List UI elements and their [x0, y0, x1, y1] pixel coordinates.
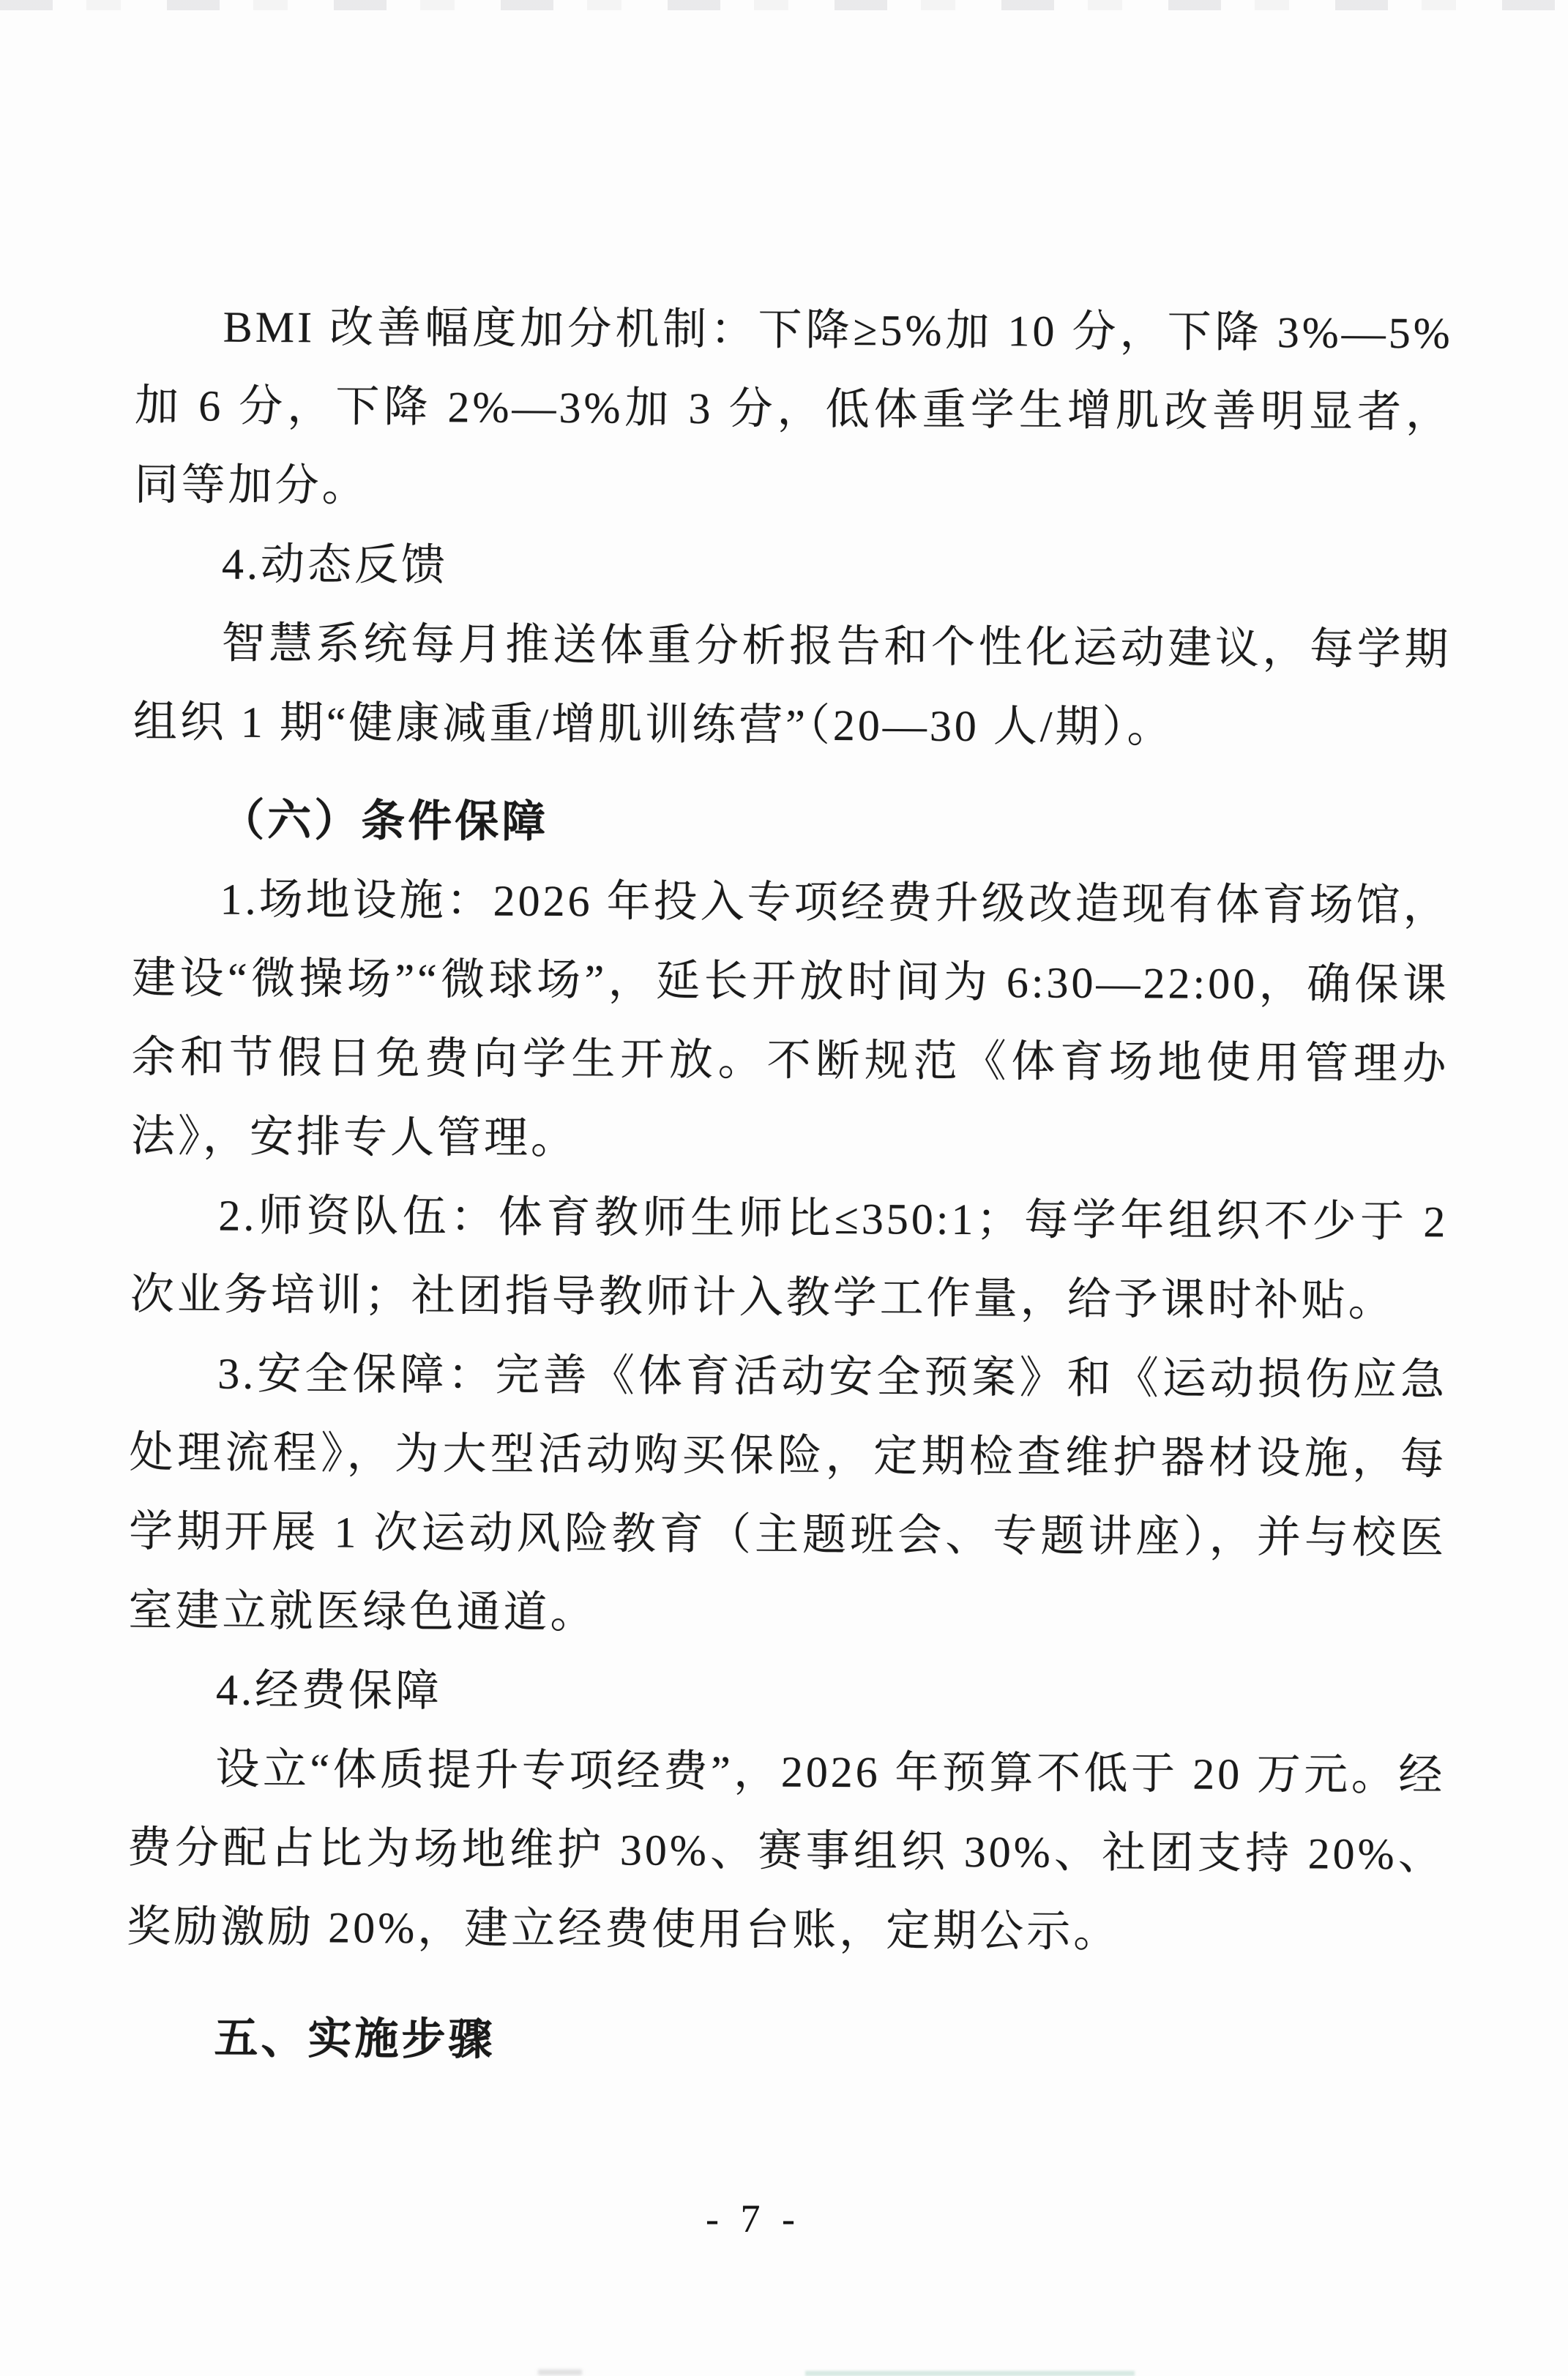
scan-artifact-bottom-green-smear: [805, 2371, 1135, 2376]
paragraph-item-funding-guarantee: 4.经费保障: [128, 1650, 1446, 1736]
paragraph-bmi-bonus-mechanism: BMI 改善幅度加分机制：下降≥5%加 10 分，下降 3%—5%加 6 分，下…: [134, 287, 1453, 531]
document-page: BMI 改善幅度加分机制：下降≥5%加 10 分，下降 3%—5%加 6 分，下…: [0, 0, 1568, 2376]
section-heading-six-condition-guarantee: （六）条件保障: [132, 780, 1451, 866]
paragraph-smart-system-report: 智慧系统每月推送体重分析报告和个性化运动建议，每学期组织 1 期“健康减重/增肌…: [133, 603, 1452, 768]
section-heading-five-implementation-steps: 五、实施步骤: [126, 1998, 1444, 2084]
page-footer: - 7 -: [0, 2196, 1537, 2241]
document-body: BMI 改善幅度加分机制：下降≥5%加 10 分，下降 3%—5%加 6 分，下…: [126, 287, 1453, 2084]
scan-artifact-top-edge: [0, 0, 1568, 10]
paragraph-teaching-staff: 2.师资队伍：体育教师生师比≤350:1；每学年组织不少于 2 次业务培训；社团…: [130, 1176, 1449, 1340]
paragraph-item-dynamic-feedback: 4.动态反馈: [134, 524, 1452, 610]
paragraph-special-fund-budget: 设立“体质提升专项经费”，2026 年预算不低于 20 万元。经费分配占比为场地…: [127, 1729, 1446, 1973]
paragraph-safety-guarantee: 3.安全保障：完善《体育活动安全预案》和《运动损伤应急处理流程》，为大型活动购买…: [128, 1334, 1447, 1656]
scan-artifact-bottom-smudge: [538, 2369, 582, 2375]
page-number: - 7 -: [706, 2197, 801, 2241]
paragraph-venue-facilities: 1.场地设施：2026 年投入专项经费升级改造现有体育场馆，建设“微操场”“微球…: [131, 859, 1450, 1182]
